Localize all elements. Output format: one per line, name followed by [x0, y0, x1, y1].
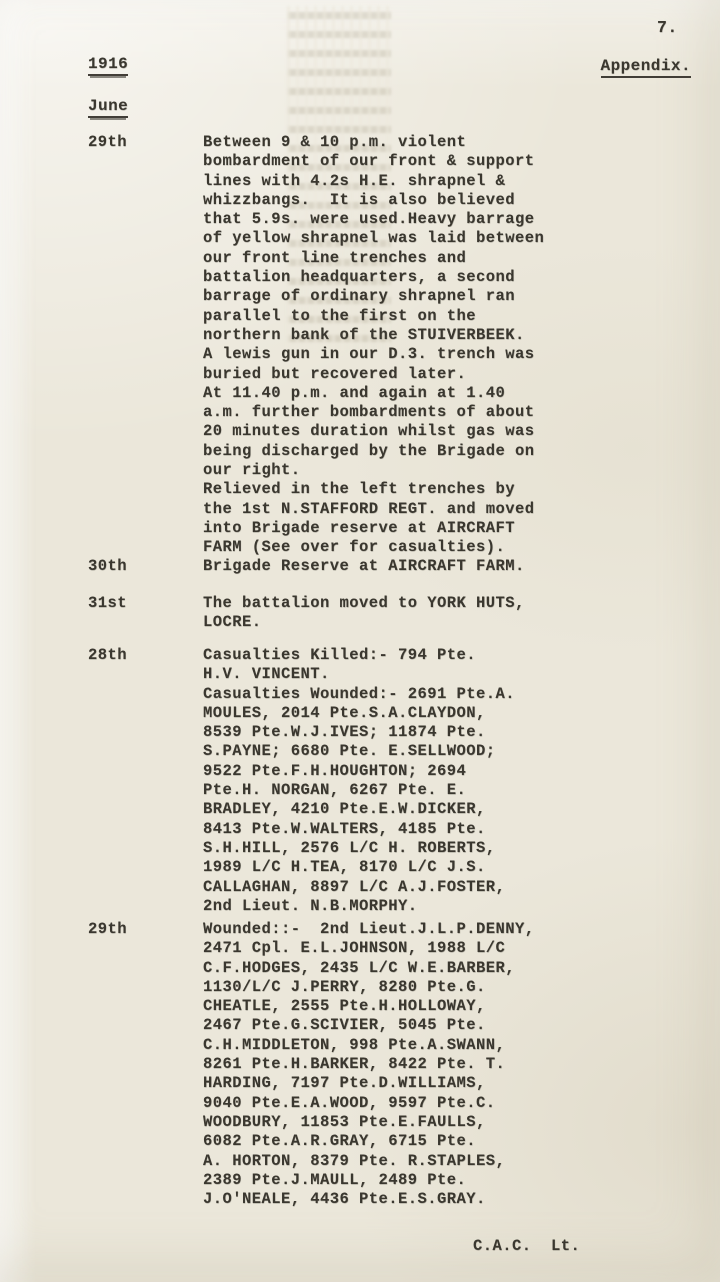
entry-text-line: parallel to the first on the	[203, 307, 563, 326]
entry-text: The battalion moved to YORK HUTS,LOCRE.	[203, 594, 563, 633]
entry-date: 28th	[88, 646, 127, 665]
entry-text-line: bombardment of our front & support	[203, 152, 563, 171]
entry-text-line: LOCRE.	[203, 613, 563, 632]
entry-text-line: Casualties Wounded:- 2691 Pte.A.	[203, 685, 563, 704]
month-heading: June	[88, 97, 128, 116]
entry-text-line: the 1st N.STAFFORD REGT. and moved	[203, 500, 563, 519]
entry-text-line: 9522 Pte.F.H.HOUGHTON; 2694	[203, 762, 563, 781]
entry-text-line: Casualties Killed:- 794 Pte.	[203, 646, 563, 665]
appendix-heading-text: Appendix.	[601, 57, 691, 78]
entry-text-line: that 5.9s. were used.Heavy barrage	[203, 210, 563, 229]
entry-text-line: being discharged by the Brigade on	[203, 442, 563, 461]
entry-text-line: 2389 Pte.J.MAULL, 2489 Pte.	[203, 1171, 563, 1190]
entry-text-line: WOODBURY, 11853 Pte.E.FAULLS,	[203, 1113, 563, 1132]
entry-date: 29th	[88, 920, 127, 939]
entry-text-line: 8413 Pte.W.WALTERS, 4185 Pte.	[203, 820, 563, 839]
entry-text-line: a.m. further bombardments of about	[203, 403, 563, 422]
entry-text-line: our front line trenches and	[203, 249, 563, 268]
entry-text-line: 2nd Lieut. N.B.MORPHY.	[203, 897, 563, 916]
entry-text-line: our right.	[203, 461, 563, 480]
entry-text-line: buried but recovered later.	[203, 365, 563, 384]
entry-text-line: 20 minutes duration whilst gas was	[203, 422, 563, 441]
entry-date: 30th	[88, 557, 127, 576]
entry-text-line: BRADLEY, 4210 Pte.E.W.DICKER,	[203, 800, 563, 819]
entry-text-line: H.V. VINCENT.	[203, 665, 563, 684]
signature-initials: C.A.C. Lt.	[473, 1237, 580, 1256]
entry-text-line: 1130/L/C J.PERRY, 8280 Pte.G.	[203, 978, 563, 997]
entry-text-line: northern bank of the STUIVERBEEK.	[203, 326, 563, 345]
entry-text-line: 2471 Cpl. E.L.JOHNSON, 1988 L/C	[203, 939, 563, 958]
entry-text-line: 2467 Pte.G.SCIVIER, 5045 Pte.	[203, 1016, 563, 1035]
entry-text-line: 8261 Pte.H.BARKER, 8422 Pte. T.	[203, 1055, 563, 1074]
entry-text-line: Brigade Reserve at AIRCRAFT FARM.	[203, 557, 563, 576]
entry-text-line: The battalion moved to YORK HUTS,	[203, 594, 563, 613]
entry-text-line: 1989 L/C H.TEA, 8170 L/C J.S.	[203, 858, 563, 877]
entry-text: Casualties Killed:- 794 Pte.H.V. VINCENT…	[203, 646, 563, 916]
entry-text-line: S.H.HILL, 2576 L/C H. ROBERTS,	[203, 839, 563, 858]
entry-text-line: S.PAYNE; 6680 Pte. E.SELLWOOD;	[203, 742, 563, 761]
entry-text-line: MOULES, 2014 Pte.S.A.CLAYDON,	[203, 704, 563, 723]
scanned-war-diary-page: 7. 1916 Appendix. June 29thBetween 9 & 1…	[0, 0, 720, 1282]
month-heading-text: June	[88, 97, 128, 118]
entry-text-line: HARDING, 7197 Pte.D.WILLIAMS,	[203, 1074, 563, 1093]
entry-text-line: whizzbangs. It is also believed	[203, 191, 563, 210]
entry-text-line: 6082 Pte.A.R.GRAY, 6715 Pte.	[203, 1132, 563, 1151]
entry-text-line: CALLAGHAN, 8897 L/C A.J.FOSTER,	[203, 878, 563, 897]
entry-text-line: C.F.HODGES, 2435 L/C W.E.BARBER,	[203, 959, 563, 978]
entry-text-line: 8539 Pte.W.J.IVES; 11874 Pte.	[203, 723, 563, 742]
year-heading-text: 1916	[88, 55, 128, 76]
entry-text-line: Between 9 & 10 p.m. violent	[203, 133, 563, 152]
appendix-heading: Appendix.	[601, 57, 691, 76]
entry-text: Between 9 & 10 p.m. violentbombardment o…	[203, 133, 563, 558]
entry-text-line: of yellow shrapnel was laid between	[203, 229, 563, 248]
entry-text: Wounded::- 2nd Lieut.J.L.P.DENNY,2471 Cp…	[203, 920, 563, 1209]
entry-text-line: battalion headquarters, a second	[203, 268, 563, 287]
entry-text-line: A lewis gun in our D.3. trench was	[203, 345, 563, 364]
entry-text-line: 9040 Pte.E.A.WOOD, 9597 Pte.C.	[203, 1094, 563, 1113]
entry-text-line: CHEATLE, 2555 Pte.H.HOLLOWAY,	[203, 997, 563, 1016]
entry-text-line: J.O'NEALE, 4436 Pte.E.S.GRAY.	[203, 1190, 563, 1209]
entry-text-line: barrage of ordinary shrapnel ran	[203, 287, 563, 306]
entry-date: 29th	[88, 133, 127, 152]
entry-text-line: Pte.H. NORGAN, 6267 Pte. E.	[203, 781, 563, 800]
entry-text-line: A. HORTON, 8379 Pte. R.STAPLES,	[203, 1152, 563, 1171]
entry-date: 31st	[88, 594, 127, 613]
entry-text-line: Wounded::- 2nd Lieut.J.L.P.DENNY,	[203, 920, 563, 939]
entry-text-line: At 11.40 p.m. and again at 1.40	[203, 384, 563, 403]
entry-text-line: Relieved in the left trenches by	[203, 480, 563, 499]
year-heading: 1916	[88, 55, 128, 74]
entry-text: Brigade Reserve at AIRCRAFT FARM.	[203, 557, 563, 576]
entry-text-line: FARM (See over for casualties).	[203, 538, 563, 557]
entry-text-line: C.H.MIDDLETON, 998 Pte.A.SWANN,	[203, 1036, 563, 1055]
entry-text-line: lines with 4.2s H.E. shrapnel &	[203, 172, 563, 191]
page-number: 7.	[657, 18, 678, 37]
entry-text-line: into Brigade reserve at AIRCRAFT	[203, 519, 563, 538]
